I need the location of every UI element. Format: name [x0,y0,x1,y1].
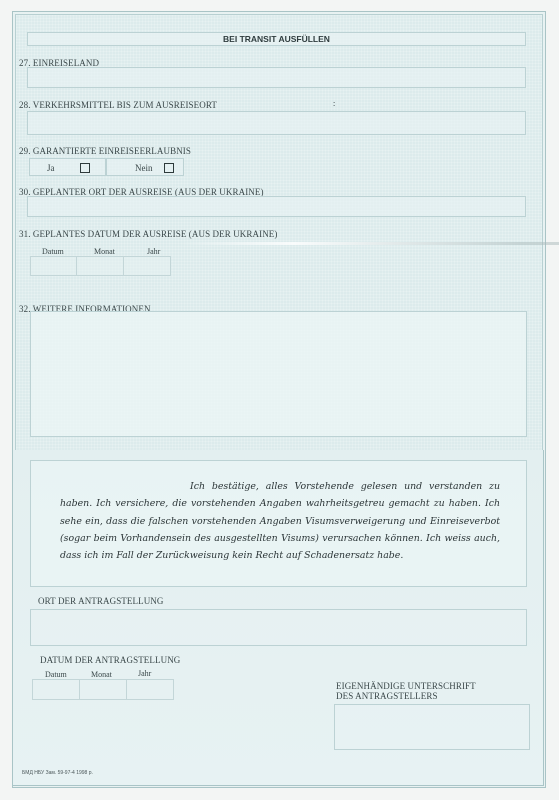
signature-label-line2: DES ANTRAGSTELLERS [336,691,438,701]
application-date-label: DATUM DER ANTRAGSTELLUNG [40,655,180,665]
application-date-day-input[interactable] [32,679,80,700]
field-31-month-label: Monat [94,247,115,256]
paper-crease [180,242,559,245]
application-date-day-label: Datum [45,670,67,679]
field-28-label: 28. VERKEHRSMITTEL BIS ZUM AUSREISEORT [19,100,217,110]
field-27-input[interactable] [27,67,526,88]
field-31-year-input[interactable] [123,256,171,276]
field-31-year-label: Jahr [147,247,160,256]
form-footer-code: БМД НБУ Зам. 59-97-4 1998 р. [22,770,93,776]
declaration-text: Ich bestätige, alles Vorstehende gelesen… [60,478,500,564]
section-title: BEI TRANSIT AUSFÜLLEN [27,32,526,46]
checkbox-ja[interactable] [80,163,90,173]
checkbox-nein[interactable] [164,163,174,173]
application-date-year-label: Jahr [138,669,151,678]
application-place-label: ORT DER ANTRAGSTELLUNG [38,596,164,606]
stray-mark: : [333,99,335,108]
application-place-input[interactable] [30,609,527,646]
declaration-first-line: Ich bestätige, alles Vorstehende gelesen… [190,481,500,492]
field-31-label: 31. GEPLANTES DATUM DER AUSREISE (AUS DE… [19,229,278,239]
option-nein[interactable]: Nein [106,158,184,176]
field-29-label: 29. GARANTIERTE EINREISEERLAUBNIS [19,146,191,156]
signature-field[interactable] [334,704,530,750]
field-31-day-label: Datum [42,247,64,256]
field-32-input[interactable] [30,311,527,437]
application-date-month-input[interactable] [79,679,127,700]
application-date-year-input[interactable] [126,679,174,700]
option-ja-label: Ja [47,163,55,173]
field-28-input[interactable] [27,111,526,135]
declaration-body: haben. Ich versichere, die vorstehenden … [60,498,500,561]
field-31-day-input[interactable] [30,256,77,276]
field-31-month-input[interactable] [76,256,124,276]
option-ja[interactable]: Ja [29,158,106,176]
option-nein-label: Nein [135,163,153,173]
signature-label-line1: EIGENHÄNDIGE UNTERSCHRIFT [336,681,476,691]
application-date-month-label: Monat [91,670,112,679]
field-30-input[interactable] [27,196,526,217]
